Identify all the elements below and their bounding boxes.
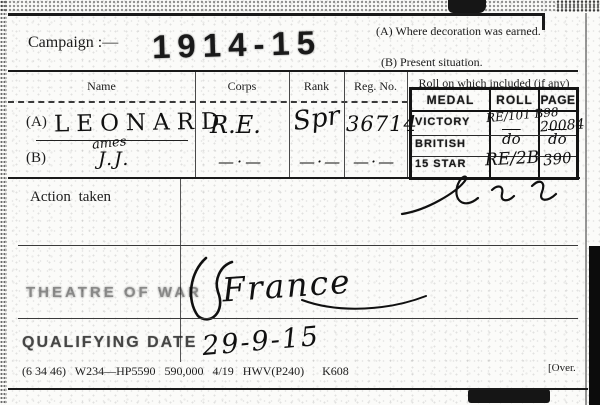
qualifying-date-value: 29-9-15 bbox=[201, 321, 321, 362]
card-bottom-border bbox=[8, 388, 588, 390]
row-a-rank: Spr bbox=[291, 101, 342, 137]
page-entry-british: do bbox=[548, 130, 567, 148]
row-b-rank: —·— bbox=[299, 152, 342, 171]
print-code: (6 34 46) W234—HP5590 590,000 4/19 HWV(P… bbox=[22, 364, 349, 379]
scan-smudge-top bbox=[448, 0, 486, 13]
scan-edge-left bbox=[0, 0, 7, 405]
col-header-corps: Corps bbox=[195, 79, 289, 94]
medal-index-card: Campaign :— 1914-15 (A) Where decoration… bbox=[0, 0, 600, 405]
row-a-reg-no: 36714 bbox=[346, 112, 418, 136]
grid-vline-2 bbox=[289, 72, 290, 178]
roll-box-header-roll: ROLL bbox=[491, 93, 538, 107]
scan-right-bar bbox=[589, 246, 600, 405]
row-b-corps: —·— bbox=[218, 152, 264, 171]
medal-british: BRITISH bbox=[415, 138, 466, 150]
row-b-label: (B) bbox=[26, 150, 46, 167]
note-a: (A) Where decoration was earned. bbox=[376, 24, 541, 39]
col-header-reg-no: Reg. No. bbox=[344, 79, 407, 94]
scan-noise-corner bbox=[556, 0, 600, 12]
note-b: (B) Present situation. bbox=[381, 55, 483, 70]
campaign-year-stamp: 1914-15 bbox=[152, 24, 323, 66]
scan-right-line bbox=[585, 13, 587, 405]
medal-victory: VICTORY bbox=[415, 116, 470, 128]
row-a-name: LEONARD bbox=[54, 108, 227, 137]
theatre-tail-flourish bbox=[300, 292, 430, 314]
roll-entry-star: RE/2B bbox=[485, 148, 540, 171]
col-header-rank: Rank bbox=[289, 79, 344, 94]
card-top-border-corner bbox=[542, 13, 545, 30]
scan-smudge-bottom bbox=[468, 389, 550, 403]
grid-vline-3 bbox=[344, 72, 345, 178]
medal-star: 15 STAR bbox=[415, 158, 466, 170]
scan-noise-top bbox=[0, 0, 600, 12]
row-b-reg-no: —·— bbox=[353, 152, 396, 171]
row-b-name: J.J. bbox=[98, 148, 130, 170]
campaign-label: Campaign :— bbox=[28, 34, 118, 52]
action-section-rule bbox=[18, 245, 578, 246]
col-header-name: Name bbox=[8, 79, 195, 94]
roll-box-header-medal: MEDAL bbox=[412, 93, 489, 107]
row-a-corps: R.E. bbox=[210, 111, 261, 139]
header-underline bbox=[8, 101, 408, 103]
row-a-label: (A) bbox=[26, 114, 47, 131]
page-entry-star: 390 bbox=[542, 149, 572, 170]
roll-entry-british: do bbox=[502, 130, 521, 148]
over-label: [Over. bbox=[548, 362, 576, 374]
campaign-rule bbox=[8, 70, 578, 72]
action-signature-scrawl bbox=[398, 172, 574, 222]
qualifying-date-label: QUALIFYING DATE bbox=[22, 334, 197, 352]
action-taken-label: Action taken bbox=[30, 189, 111, 206]
theatre-section-rule bbox=[18, 318, 578, 319]
card-top-border bbox=[8, 13, 545, 16]
